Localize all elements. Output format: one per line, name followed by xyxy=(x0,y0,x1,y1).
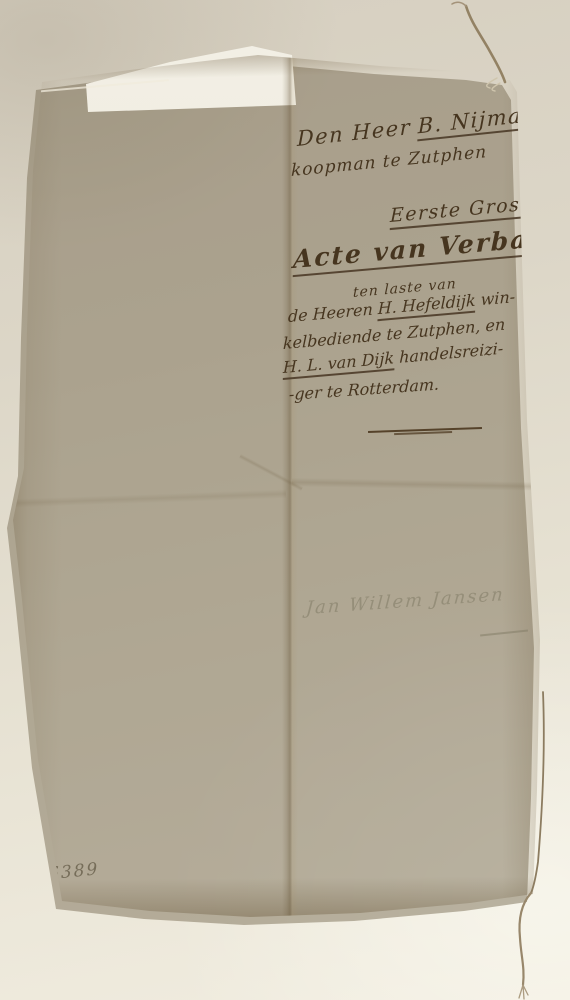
deed-title: Acte van Verband xyxy=(293,221,568,277)
debtor-line1-post: win- xyxy=(481,287,516,309)
copy-label-line: Eerste Grosse xyxy=(390,191,545,230)
debtor-name-2: H. L. van Dijk xyxy=(283,348,394,380)
copy-label: Eerste Grosse xyxy=(390,191,545,230)
debtor-line1-pre: de Heeren xyxy=(288,300,373,327)
debtor-line4-text: -ger te Rotterdam. xyxy=(289,374,440,404)
binding-string-bottom-fray xyxy=(519,985,528,999)
addressee-pre: Den Heer xyxy=(297,115,411,151)
document-cover-page: Den Heer B. Nijman koopman te Zutphen Ee… xyxy=(0,0,570,1000)
deed-title-line: Acte van Verband xyxy=(293,221,568,277)
binding-string-bottom xyxy=(519,893,531,985)
addressee-name: B. Nijman xyxy=(418,102,537,142)
paper-top-edge-shading xyxy=(28,44,528,82)
pencil-inscription-text: Jan Willem Jansen xyxy=(305,584,505,619)
debtor-line3-post: handelsreizi- xyxy=(399,339,503,367)
closing-flourish-rule xyxy=(368,427,482,433)
addressee-line: Den Heer B. Nijman xyxy=(297,102,537,154)
pencil-inscription: Jan Willem Jansen xyxy=(305,584,505,619)
photo-backdrop: Den Heer B. Nijman koopman te Zutphen Ee… xyxy=(0,0,570,1000)
debtor-line-4: -ger te Rotterdam. xyxy=(289,374,440,404)
binding-string-top xyxy=(466,6,505,82)
binding-string-top-fray xyxy=(452,2,466,6)
